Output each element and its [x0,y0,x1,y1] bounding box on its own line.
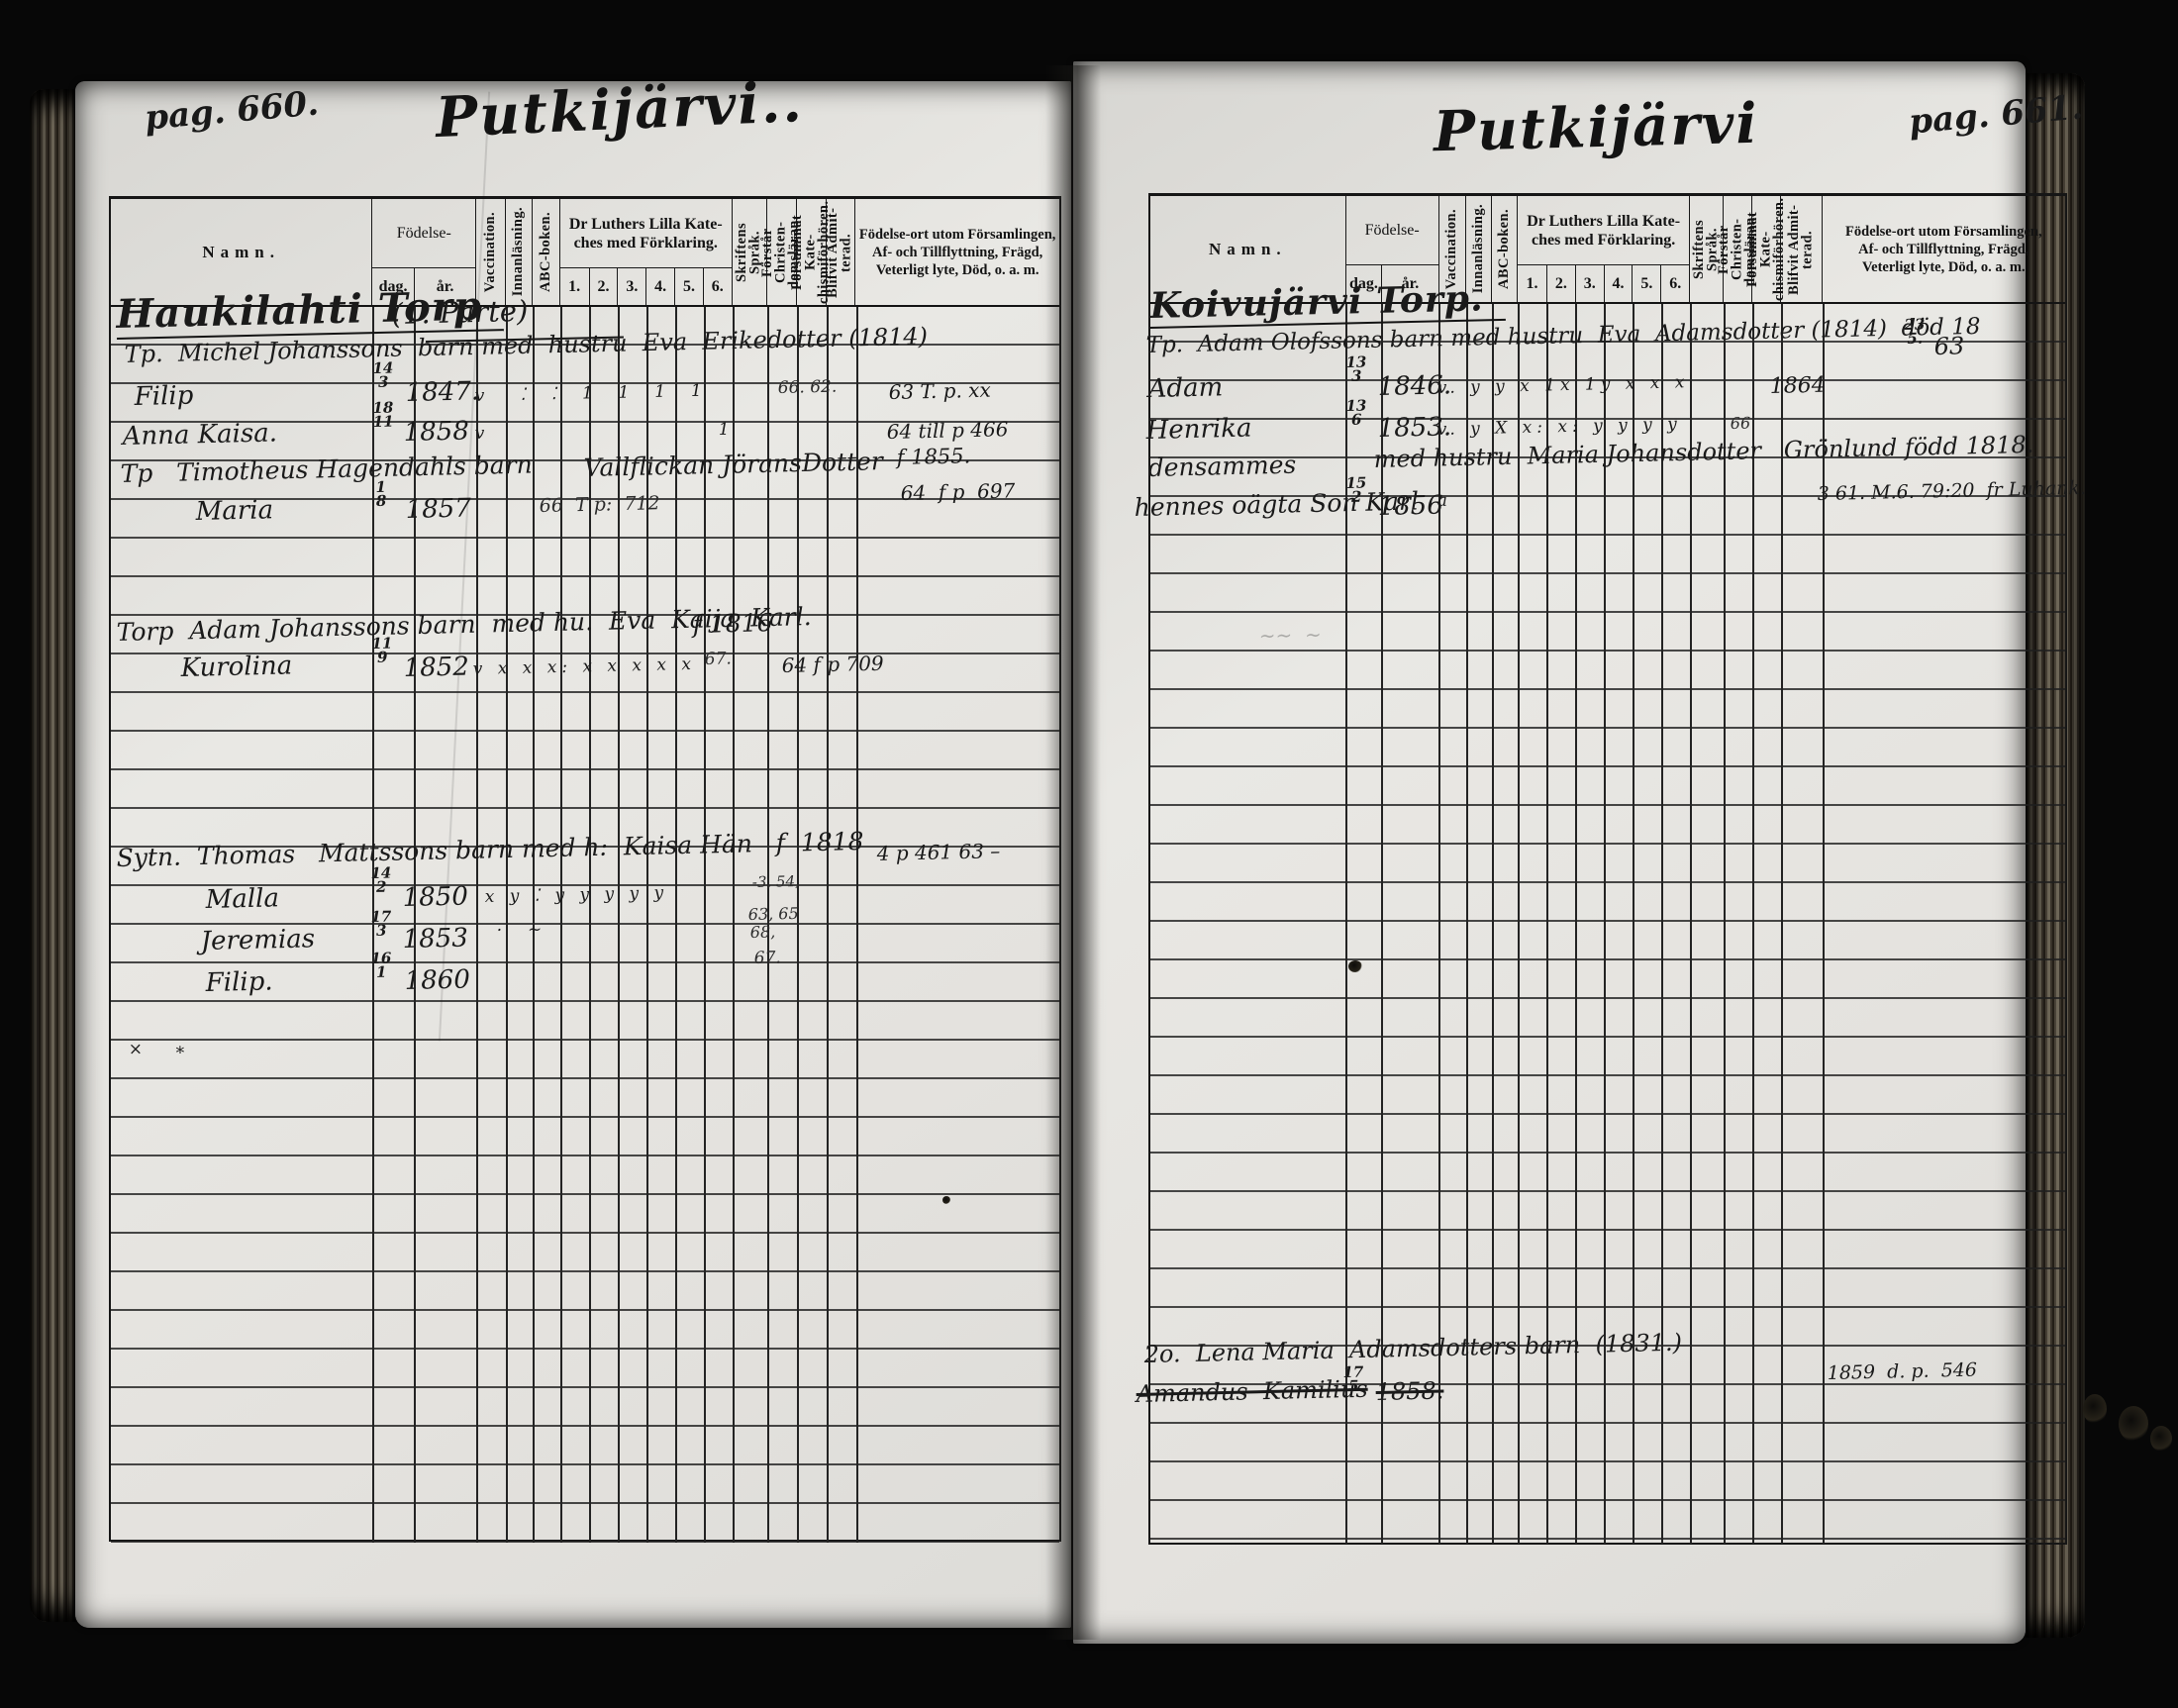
handwritten-entry: Anna Kaisa. [122,418,277,452]
scanned-book-spread: pag. 660. Putkijärvi.. Namn. Födelse- da… [0,0,2178,1708]
handwritten-entry: Maria [195,495,273,527]
handwritten-entry: 1860 [404,965,470,996]
handwritten-entry: f 1855. [896,444,970,469]
handwritten-entry: v. y X x: x: y y y y [1437,414,1682,440]
handwritten-entry: × [129,1040,148,1059]
handwritten-entry: 1853 [402,924,468,954]
handwritten-entry: 66 T p: 712 [540,492,660,517]
handwritten-entry: 1859 d. p. 546 [1828,1359,1978,1384]
handwritten-entry: Henrika [1145,414,1251,446]
handwritten-entry: f 1816 [692,608,772,639]
handwritten-entry: 1850 [402,882,468,913]
handwritten-entry: Amandus Kamilius [1136,1375,1368,1408]
ink-blot [2083,1394,2107,1424]
handwritten-entry: densammes [1147,451,1296,482]
handwritten-entry: 13 6 [1345,400,1366,428]
handwritten-entry: Sytn. Thomas Mattssons barn med h: Kaisa… [116,827,863,872]
handwritten-entry: 67. [754,948,781,968]
handwritten-entry: 1864 [1769,373,1826,399]
handwritten-entry: v. y y x 1x 1y x x x [1437,372,1690,398]
handwritten-entry: 17 3 [370,911,391,939]
handwritten-entry: hennes oägta Son Karl [1134,486,1419,522]
handwritten-entry: 14 3 [372,362,393,390]
handwritten-entry: 64 till p 466 [886,417,1008,444]
handwritten-entry: a [1437,491,1453,511]
handwritten-entry: * [176,1044,190,1063]
ink-blot [2150,1426,2172,1452]
handwritten-entry: Filip [134,381,193,412]
handwritten-entry: v ⁚ ⁚ 1 1 1 1 [475,381,707,406]
handwritten-entry: -3, 54, [752,872,800,891]
handwritten-entry: 1 [719,420,735,440]
handwritten-entry: 1852 [403,653,469,683]
handwritten-entry: · ~ [497,920,547,941]
ink-blot [2119,1406,2148,1442]
handwritten-entry: 18 11 [372,402,393,430]
handwritten-entry: Malla [205,883,279,915]
handwritten-entry: Koivujärvi Torp. [1149,277,1506,329]
handwritten-entry: 1858. [1375,1376,1443,1406]
handwritten-entry: ∼∼ ∼ [1258,623,1322,648]
handwriting-layer: Haukilahti Torp(1. Parte)Tp. Michel Joha… [0,0,2178,1708]
handwritten-entry: Vallflickan JöransDotter [583,447,883,482]
handwritten-entry: x y ⁚ y y y y y [485,883,669,907]
handwritten-entry: 14 2 [370,867,391,895]
handwritten-entry: 63, 65 [748,904,799,924]
handwritten-entry: Kurolina [180,651,292,683]
handwritten-entry: 1856 [1377,491,1443,522]
ink-blot [942,1196,950,1204]
handwritten-entry: 66 [1731,414,1751,433]
handwritten-entry: 1857 [405,494,471,525]
handwritten-entry: Jeremias [200,924,315,956]
handwritten-entry: 13 3 [1345,356,1366,384]
handwritten-entry: 4 p 461 63 – [876,839,1000,865]
handwritten-entry: 15 2 [1345,477,1366,505]
handwritten-entry: 68, [750,922,776,942]
handwritten-entry: Filip. [205,966,273,998]
handwritten-entry: 64 f p 709 [781,652,883,677]
handwritten-entry: 3 61. M.6. 79:20 fr Luhank. [1818,477,2087,505]
handwritten-entry: v [475,424,490,444]
handwritten-entry: 23 5. [1904,319,1925,347]
handwritten-entry: 2o. Lena Maria Adamsdotters barn (1831.) [1143,1329,1682,1368]
handwritten-entry: 11 9 [371,638,392,665]
handwritten-entry: 64 f p 697 [900,478,1015,505]
handwritten-entry: 16 1 [370,953,391,980]
handwritten-entry: 63 [1933,332,1964,360]
handwritten-entry: v x x x: x x x x x [473,654,697,679]
handwritten-entry: Tp Timotheus Hagendahls barn [120,451,533,488]
ink-blot [1348,960,1362,972]
handwritten-entry: Adam [1147,372,1223,404]
handwritten-entry: 63 T. p. xx [888,378,991,404]
handwritten-entry: 66. 62. [778,377,838,398]
handwritten-entry: 1858 [403,417,469,448]
handwritten-entry: (1. Parte) [391,294,528,331]
handwritten-entry: 1847. [405,376,479,408]
handwritten-entry: 67. [705,649,732,669]
handwritten-entry: 1 8 [375,481,386,509]
handwritten-entry: 17 5 [1342,1366,1363,1394]
